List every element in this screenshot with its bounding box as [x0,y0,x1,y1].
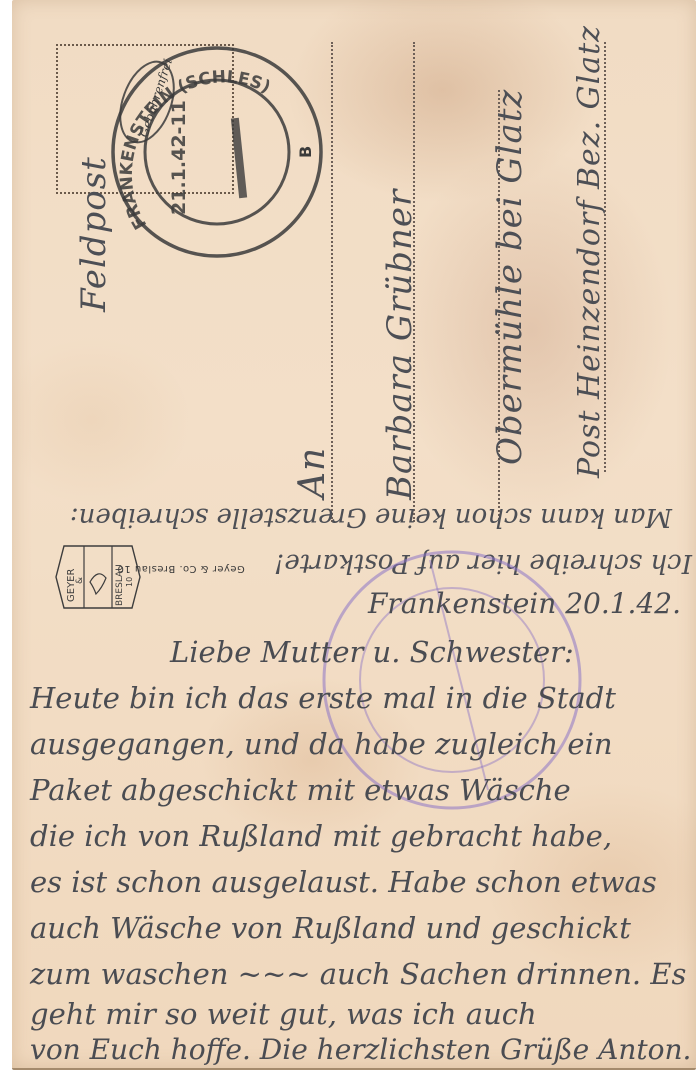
letter-line: geht mir so weit gut, was ich auch [30,1000,537,1029]
salutation: Liebe Mutter u. Schwester: [170,638,574,667]
address-line-2: Barbara Grübner [380,189,420,500]
letter-line: von Euch hoffe. Die herzlichsten Grüße A… [30,1036,691,1064]
svg-text:GEYER: GEYER [66,569,77,602]
letter-line: ausgegangen, und da habe zugleich ein [30,730,613,759]
letter-line: die ich von Rußland mit gebracht habe, [30,822,612,851]
svg-text:FRANKENSTEIN (SCHLES): FRANKENSTEIN (SCHLES) [117,67,274,232]
postmark-place: FRANKENSTEIN (SCHLES) [117,67,274,232]
address-line-4: Post Heinzendorf Bez. Glatz [572,25,607,478]
svg-text:10: 10 [125,577,134,587]
postmark-cancel-icon: FRANKENSTEIN (SCHLES) 21.1.42-11 B Gebüh… [107,40,327,260]
letter-line: Paket abgeschickt mit etwas Wäsche [30,776,571,805]
postmark-code: B [296,146,315,158]
address-line-1: An [292,447,333,498]
letter-line: auch Wäsche von Rußland und geschickt [30,914,631,943]
postmark-date: 21.1.42-11 [168,100,190,215]
place-date: Frankenstein 20.1.42. [368,590,681,618]
postcard: FRANKENSTEIN (SCHLES) 21.1.42-11 B Gebüh… [12,0,696,1070]
upside-down-line-1: Man kann schon keine Grenzstelle schreib… [32,502,672,532]
letter-line: Heute bin ich das erste mal in die Stadt [30,684,616,713]
letter-line: es ist schon ausgelaust. Habe schon etwa… [30,868,657,897]
svg-text:&: & [75,577,85,584]
address-line-3: Obermühle bei Glatz [490,89,530,465]
letter-line: zum waschen ~~~ auch Sachen drinnen. Es [30,960,686,989]
feldpost-note: Feldpost [74,156,114,312]
publisher-logo-icon: GEYER & BRESLAU 10 [54,542,142,612]
svg-text:BRESLAU: BRESLAU [115,564,125,606]
